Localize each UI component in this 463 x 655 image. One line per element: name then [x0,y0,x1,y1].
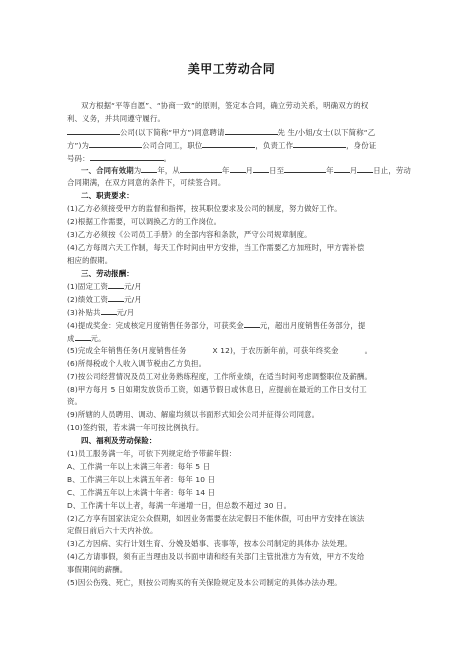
term-text: 年，从 [157,166,180,175]
allowance-blank [101,306,117,315]
term-text: 年 [222,166,230,175]
benefit-item: 事假期间的薪酬。 [67,564,397,577]
pay-text: (1)固定工资 [67,282,108,291]
pay-item: (4)提成奖金：完成核定月度销售任务部分，可获奖金元，超出月度销售任务部分，提 [67,319,397,332]
pay-text: 元/月 [124,295,142,304]
benefit-item: (2)乙方享有国家法定公众假期，如因业务需要在法定假日不能休假，可由甲方安排在该… [67,513,397,526]
document-title: 美甲工劳动合同 [0,60,463,77]
pay-item: (10)签约银，若未满一年可按比例执行。 [67,422,397,435]
benefit-item: D、工作满十年以上者，每满一年递增一日，但总数不超过 30 日。 [67,500,397,513]
term-text: 月 [350,166,358,175]
pay-item: (2)绩效工资元/月 [67,293,397,306]
duty-item: 相应的假期。 [67,255,397,268]
pay-text: (2)绩效工资 [67,295,108,304]
start-year-blank [180,164,222,173]
performance-salary-blank [108,293,124,302]
term-years-blank [141,164,157,173]
duty-item: (1)乙方必须接受甲方的监督和指挥，按其职位要求及公司的制度，努力做好工作。 [67,203,397,216]
pay-item: (5)完成全年销售任务(月度销售任务X 12)，于农历新年前，可获年终奖金。 [67,345,397,358]
term-text: 日至 [269,166,284,175]
pay-text: 元/月 [117,308,135,317]
end-month-blank [334,164,350,173]
id-number-blank [90,152,164,161]
section2-heading: 二、职责要求： [67,190,397,203]
party-line: 方”)为公司合同工，职位，负责工作，身份证 [67,139,397,152]
pay-text: 成 [67,334,75,343]
term-text: 年 [326,166,334,175]
start-day-blank [253,164,269,173]
benefit-item: (5)因公伤残、死亡，则按公司购买的有关保险规定及本公司制定的具体办法办理。 [67,577,397,590]
document-body: 双方根据“平等自愿”、“协商一致”的原则，签定本合同，确立劳动关系，明确双方的权… [67,100,397,590]
pay-text: 元。 [91,334,106,343]
party-text: 公司合同工，职位 [142,141,202,150]
term-text: 月 [246,166,254,175]
party-text: 公司(以下简称“甲方”)同意聘请 [120,128,225,137]
term-text: 日止，劳动 [373,166,411,175]
intro-paragraph-line: 利、义务，并共同遵守履行。 [67,113,397,126]
start-month-blank [230,164,246,173]
pay-item: (3)补贴共元/月 [67,306,397,319]
fixed-salary-blank [108,280,124,289]
bonus-blank [244,319,260,328]
party-text: 先 生/小姐/女士(以下简称“乙 [278,128,376,137]
party-text: 方”)为 [67,141,89,150]
pay-item: 资。 [67,396,397,409]
document-page: 美甲工劳动合同 双方根据“平等自愿”、“协商一致”的原则，签定本合同，确立劳动关… [0,0,463,655]
end-day-blank [357,164,373,173]
pay-item: (6)所得税或个人收入调节税由乙方负担。 [67,358,397,371]
end-year-blank [284,164,326,173]
pay-text: (3)补贴共 [67,308,101,317]
benefit-item: C、工作满五年以上未满十年者：每年 14 日 [67,487,397,500]
benefit-item: B、工作满三年以上未满五年者：每年 10 日 [67,474,397,487]
pay-text: 。 [365,346,373,355]
pay-item: 成元。 [67,332,397,345]
intro-paragraph-line: 双方根据“平等自愿”、“协商一致”的原则，签定本合同，确立劳动关系，明确双方的权 [67,100,397,113]
pay-item: (1)固定工资元/月 [67,280,397,293]
company-blank [89,139,142,148]
party-text: ，负责工作 [255,141,293,150]
party-line: 号码：。 [67,152,397,165]
duty-item: (3)乙方必须按《公司员工手册》的全部内容和条款，严守公司规章制度。 [67,229,397,242]
pay-item: (9)所辖的人员聘用、调动、解雇均须以书面形式知会公司并征得公司同意。 [67,409,397,422]
party-text: ，身份证 [346,141,376,150]
company-blank [67,126,120,135]
party-line: 公司(以下简称“甲方”)同意聘请先 生/小姐/女士(以下简称“乙 [67,126,397,139]
duty-blank [293,139,346,148]
position-blank [202,139,255,148]
duty-item: (2)根据工作需要，可以调换乙方的工作岗位。 [67,216,397,229]
term-text: 为 [134,166,142,175]
benefit-item: (1)员工服务满一年，可依下列规定给予带薪年假： [67,448,397,461]
pay-text: X 12)，于农历新年前，可获年终奖金 [213,346,339,355]
section1-line: 合同期满，在双方同意的条件下，可续签合同。 [67,177,397,190]
pay-text: (5)完成全年销售任务(月度销售任务 [67,346,187,355]
commission-blank [75,332,91,341]
employee-name-blank [225,126,278,135]
benefit-item: (3)乙方因病、实行计划生育、分娩及婚事、丧事等，按本公司制定的具体办 法处理。 [67,538,397,551]
section4-heading: 四、福利及劳动保险： [67,435,397,448]
party-text: 号码： [67,154,90,163]
benefit-item: (4)乙方请事假，须有正当理由及以书面申请和经有关部门主管批准方为有效，甲方不发… [67,551,397,564]
duty-item: (4)乙方每周六天工作制，每天工作时间由甲方安排，当工作需要乙方加班时，甲方需补… [67,242,397,255]
pay-text: 元/月 [124,282,142,291]
pay-text: (4)提成奖金：完成核定月度销售任务部分，可获奖金 [67,321,244,330]
section1-heading: 一、合同有效期 [81,166,134,175]
pay-item: (8)甲方每月 5 日如期发放货币工资，如遇节假日或休息日，应提前在最近的工作日… [67,384,397,397]
benefit-item: A、工作满一年以上未满三年者：每年 5 日 [67,461,397,474]
section1-line: 一、合同有效期为年，从年月日至年月日止，劳动 [67,164,397,177]
party-text: 。 [164,154,172,163]
pay-text: 元，超出月度销售任务部分，提 [260,321,366,330]
pay-item: (7)按公司经营情况及员工对业务熟练程度，工作所业绩，在适当时间考虑调整职位及薪… [67,371,397,384]
benefit-item: 定假日前后六十天内补放。 [67,525,397,538]
section3-heading: 三、劳动报酬： [67,268,397,281]
